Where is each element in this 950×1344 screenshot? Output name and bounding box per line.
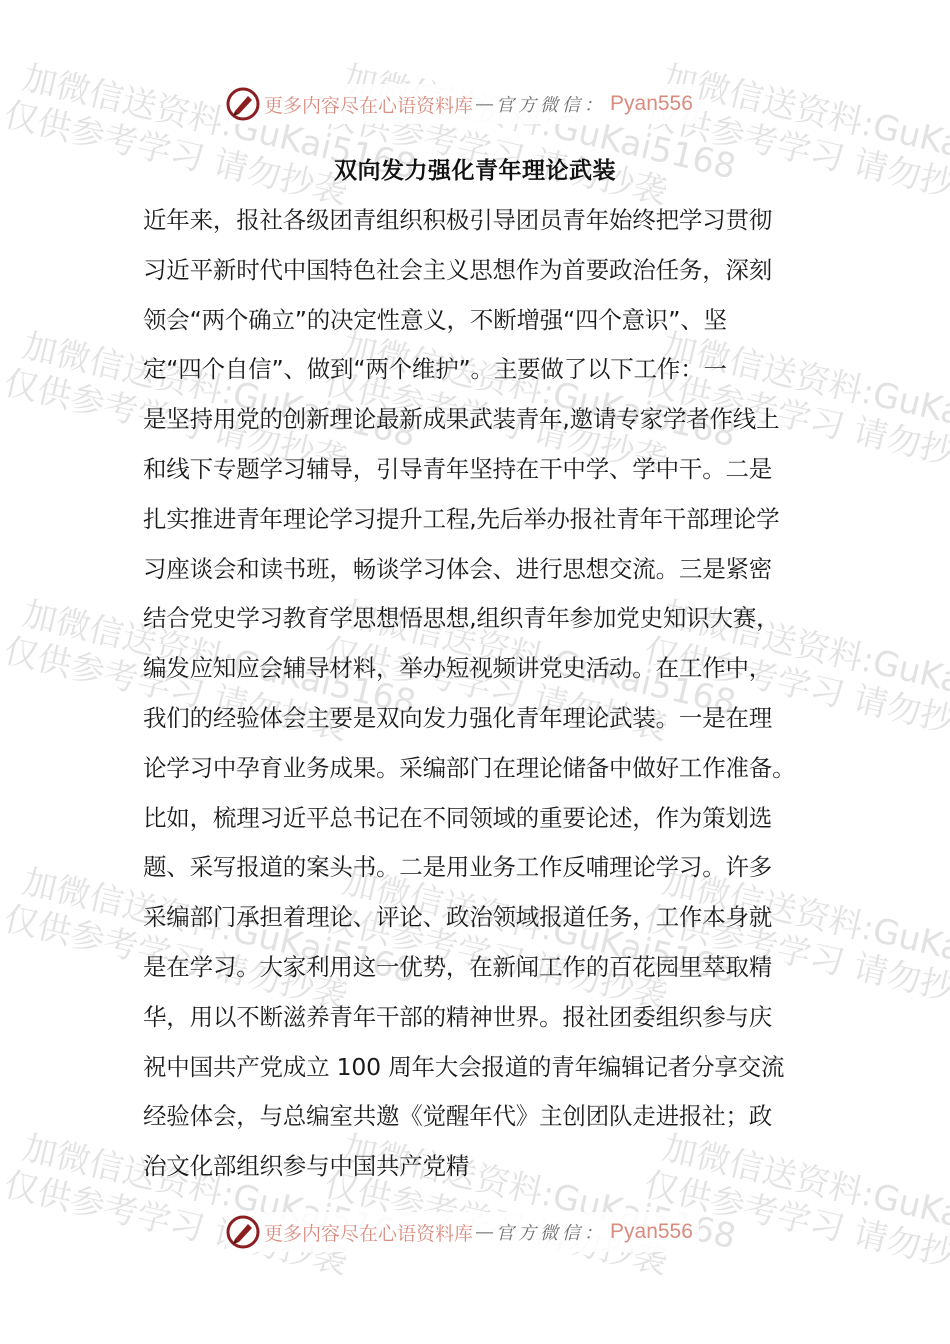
body-line: 经验体会，与总编室共邀《觉醒年代》主创团队走进报社；政 — [143, 1097, 811, 1147]
body-line: 结合党史学习教育学思想悟思想,组织青年参加党史知识大赛， — [143, 599, 811, 649]
banner-dash: — — [475, 93, 494, 115]
banner-main-text: 更多内容尽在心语资料库 — [264, 91, 473, 118]
footer-banner-wechat-label: 官方微信： — [496, 1219, 606, 1245]
body-line: 是坚持用党的创新理论最新成果武装青年,邀请专家学者作线上 — [143, 400, 811, 450]
footer-banner-main-text: 更多内容尽在心语资料库 — [264, 1219, 473, 1246]
footer-banner-wechat-id: Pyan556 — [610, 1220, 693, 1244]
document-title: 双向发力强化青年理论武装 — [0, 152, 950, 185]
document-page: 加微信送资料:GuKai5168仅供参考学习 请勿抄袭 加微信送资料:GuKai… — [0, 0, 950, 1344]
body-line: 采编部门承担着理论、评论、政治领域报道任务，工作本身就 — [143, 898, 811, 948]
pen-nib-logo-icon — [226, 1215, 260, 1249]
body-line: 近年来，报社各级团青组织积极引导团员青年始终把学习贯彻 — [143, 201, 811, 251]
body-line: 我们的经验体会主要是双向发力强化青年理论武装。一是在理 — [143, 699, 811, 749]
body-line: 领会“两个确立”的决定性意义，不断增强“四个意识”、坚 — [143, 301, 811, 351]
footer-banner-dash: — — [475, 1221, 494, 1243]
body-line: 华，用以不断滋养青年干部的精神世界。报社团委组织参与庆 — [143, 998, 811, 1048]
body-line: 和线下专题学习辅导，引导青年坚持在干中学、学中干。二是 — [143, 450, 811, 500]
footer-banner: 更多内容尽在心语资料库 — 官方微信： Pyan556 — [226, 1212, 699, 1252]
body-line: 习近平新时代中国特色社会主义思想作为首要政治任务，深刻 — [143, 251, 811, 301]
banner-wechat-label: 官方微信： — [496, 91, 606, 117]
body-line: 扎实推进青年理论学习提升工程,先后举办报社青年干部理论学 — [143, 500, 811, 550]
header-banner: 更多内容尽在心语资料库 — 官方微信： Pyan556 — [226, 84, 699, 124]
body-line: 编发应知应会辅导材料，举办短视频讲党史活动。在工作中， — [143, 649, 811, 699]
body-line: 定“四个自信”、做到“两个维护”。主要做了以下工作：一 — [143, 350, 811, 400]
body-line: 是在学习。大家利用这一优势，在新闻工作的百花园里萃取精 — [143, 948, 811, 998]
body-line: 治文化部组织参与中国共产党精 — [143, 1147, 811, 1197]
body-line: 比如，梳理习近平总书记在不同领域的重要论述，作为策划选 — [143, 799, 811, 849]
pen-nib-logo-icon — [226, 87, 260, 121]
body-line: 论学习中孕育业务成果。采编部门在理论储备中做好工作准备。 — [143, 749, 811, 799]
banner-wechat-id: Pyan556 — [610, 92, 693, 116]
body-line: 题、采写报道的案头书。二是用业务工作反哺理论学习。许多 — [143, 848, 811, 898]
body-line: 习座谈会和读书班，畅谈学习体会、进行思想交流。三是紧密 — [143, 550, 811, 600]
body-line: 祝中国共产党成立 100 周年大会报道的青年编辑记者分享交流 — [143, 1048, 811, 1098]
document-body: 近年来，报社各级团青组织积极引导团员青年始终把学习贯彻 习近平新时代中国特色社会… — [143, 201, 811, 1197]
